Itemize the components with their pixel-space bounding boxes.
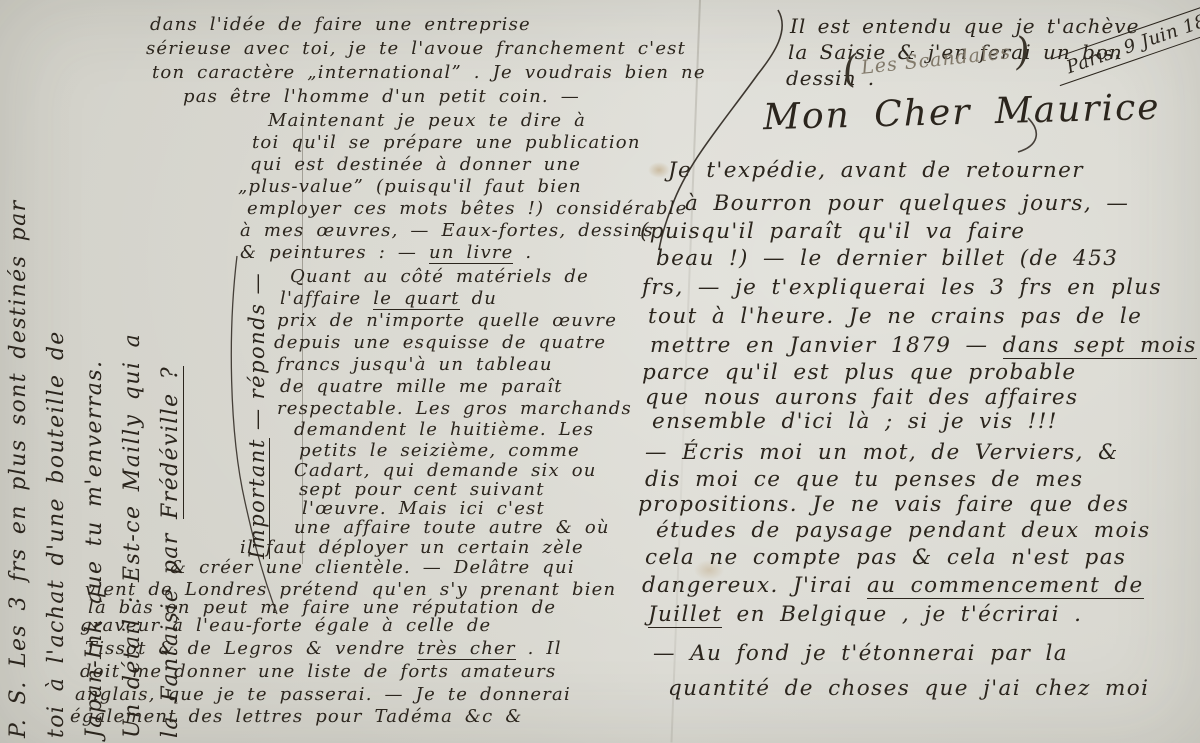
underlined-segment: Important [245, 438, 270, 559]
letter-line: Je t'expédie, avant de retourner [668, 160, 1084, 182]
postscript-line: P. S. Les 3 frs en plus sont destinés pa… [0, 14, 38, 738]
letter-line: respectable. Les gros marchands [277, 400, 632, 418]
letter-line: & créer une clientèle. — Delâtre qui [170, 559, 575, 577]
stain-mark [648, 162, 670, 178]
letter-line: l'œuvre. Mais ici c'est [302, 500, 545, 518]
letter-line: à Bourron pour quelques jours, — [685, 193, 1129, 215]
letter-line: à mes œuvres, — Eaux-fortes, dessins [240, 222, 654, 240]
letter-line: cela ne compte pas & cela n'est pas [645, 547, 1126, 569]
letter-line: pas être l'homme d'un petit coin. — [183, 88, 580, 106]
letter-line: frs, — je t'expliquerai les 3 frs en plu… [642, 277, 1162, 299]
letter-line: (puisqu'il paraît qu'il va faire [640, 221, 1025, 243]
letter-line: toi qu'il se prépare une publication [252, 134, 641, 152]
letter-line: Juillet en Belgique , je t'écrirai . [648, 604, 1082, 626]
letter-line: propositions. Je ne vais faire que des [638, 494, 1129, 516]
letter-sheet: Il est entendu que je t'achève la Saisie… [0, 0, 1200, 743]
postscript-vertical: P. S. Les 3 frs en plus sont destinés pa… [0, 14, 200, 738]
letter-line: ensemble d'ici là ; si je vis !!! [652, 411, 1058, 433]
letter-line: sérieuse avec toi, je te l'avoue franche… [146, 40, 686, 58]
letter-line: mettre en Janvier 1879 — dans sept mois … [650, 335, 1200, 357]
letter-line: depuis une esquisse de quatre [274, 334, 606, 352]
letter-line: & peintures : — un livre . [240, 244, 532, 262]
letter-line: Quant au côté matériels de [290, 268, 589, 286]
letter-line: employer ces mots bêtes !) considérable [247, 200, 688, 218]
open-paren: ( [840, 46, 859, 91]
postscript-line: Un détail : Est-ce Mailly qui a [114, 14, 152, 738]
margin-note-important: Important — réponds — [245, 259, 279, 559]
letter-line: demandent le huitième. Les [294, 421, 594, 439]
letter-line: tout à l'heure. Je ne crains pas de le [648, 306, 1142, 328]
letter-line: dans l'idée de faire une entreprise [150, 16, 531, 34]
letter-line: que nous aurons fait des affaires [645, 387, 1078, 409]
letter-line: dangereux. J'irai au commencement de [642, 575, 1144, 597]
postscript-line: la Fantaisie par Frédéville ? [152, 14, 190, 738]
letter-line: prix de n'importe quelle œuvre [277, 312, 617, 330]
letter-line: Maintenant je peux te dire à [268, 112, 586, 130]
postscript-line: Japan-Ink que tu m'enverras. [76, 14, 114, 738]
letter-line: qui est destinée à donner une [250, 156, 581, 174]
letter-line: ton caractère „international” . Je voudr… [152, 64, 706, 82]
letter-line: de quatre mille me paraît [280, 378, 563, 396]
letter-line: Cadart, qui demande six ou [294, 462, 597, 480]
letter-line: il faut déployer un certain zèle [240, 539, 584, 557]
letter-line: dis moi ce que tu penses de mes [645, 469, 1083, 491]
postscript-line: toi à l'achat d'une bouteille de [38, 14, 76, 738]
letter-line: sept pour cent suivant [299, 481, 545, 499]
letter-line: études de paysage pendant deux mois [656, 520, 1151, 542]
pencil-annotation-text: Les Scandales [860, 41, 1012, 79]
letter-line: quantité de choses que j'ai chez moi [668, 678, 1149, 700]
letter-line: „plus-value” (puisqu'il faut bien [238, 178, 582, 196]
letter-line: l'affaire le quart du [280, 290, 497, 308]
salutation: Mon Cher Maurice [763, 87, 1161, 138]
letter-line: petits le seizième, comme [299, 442, 580, 460]
letter-line: francs jusqu'à un tableau [277, 356, 553, 374]
letter-line: parce qu'il est plus que probable [642, 362, 1076, 384]
letter-line: une affaire toute autre & où [294, 519, 610, 537]
letter-line: — Écris moi un mot, de Verviers, & [645, 442, 1119, 464]
letter-line: beau !) — le dernier billet (de 453 [656, 248, 1118, 270]
letter-line: — Au fond je t'étonnerai par la [653, 643, 1068, 665]
